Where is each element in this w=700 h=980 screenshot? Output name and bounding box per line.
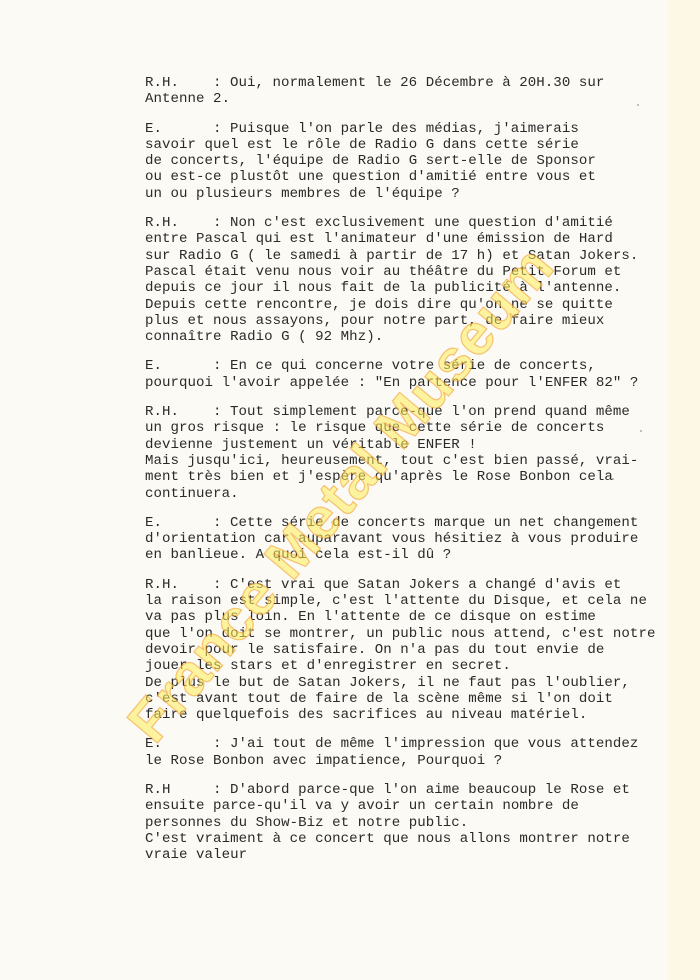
line-text: D'abord parce-que l'on aime beaucoup le … [230,782,630,798]
dialogue-paragraph: E.: Cette série de concerts marque un ne… [145,515,685,564]
line-text: C'est vrai que Satan Jokers a changé d'a… [230,577,621,593]
text-line: un ou plusieurs membres de l'équipe ? [145,186,685,202]
dialogue-paragraph: R.H.: Oui, normalement le 26 Décembre à … [145,75,685,108]
text-line: R.H.: Tout simplement parce-que l'on pre… [145,404,685,420]
text-line: vraie valeur [145,847,685,863]
text-line: plus et nous assayons, pour notre part, … [145,313,685,329]
text-line: ensuite parce-qu'il va y avoir un certai… [145,798,685,814]
speaker-label: R.H. [145,75,213,91]
line-text: Tout simplement parce-que l'on prend qua… [230,404,630,420]
text-line: jouer les stars et d'enregistrer en secr… [145,658,685,674]
text-line: E.: En ce qui concerne votre série de co… [145,358,685,374]
text-line: Mais jusqu'ici, heureusement, tout c'est… [145,453,685,469]
text-line: que l'on doit se montrer, un public nous… [145,626,685,642]
text-line: un gros risque : le risque que cette sér… [145,420,685,436]
text-line: R.H.: C'est vrai que Satan Jokers a chan… [145,577,685,593]
text-line: R.H.: Non c'est exclusivement une questi… [145,215,685,231]
text-line: d'orientation car auparavant vous hésiti… [145,531,685,547]
text-line: la raison est simple, c'est l'attente du… [145,593,685,609]
speaker-label: R.H. [145,215,213,231]
interview-transcript: R.H.: Oui, normalement le 26 Décembre à … [145,75,685,876]
speaker-label: R.H [145,782,213,798]
text-line: savoir quel est le rôle de Radio G dans … [145,137,685,153]
text-line: Depuis cette rencontre, je dois dire qu'… [145,297,685,313]
text-line: E.: Puisque l'on parle des médias, j'aim… [145,121,685,137]
speaker-label: E. [145,121,213,137]
dialogue-paragraph: E.: En ce qui concerne votre série de co… [145,358,685,391]
text-line: le Rose Bonbon avec impatience, Pourquoi… [145,753,685,769]
line-text: Non c'est exclusivement une question d'a… [230,215,613,231]
text-line: R.H.: Oui, normalement le 26 Décembre à … [145,75,685,91]
line-text: J'ai tout de même l'impression que vous … [230,736,638,752]
dialogue-paragraph: R.H.: Non c'est exclusivement une questi… [145,215,685,345]
text-line: E.: Cette série de concerts marque un ne… [145,515,685,531]
dialogue-paragraph: R.H: D'abord parce-que l'on aime beaucou… [145,782,685,863]
text-line: c'est avant tout de faire de la scène mê… [145,691,685,707]
paper-speck [640,430,642,432]
line-text: Cette série de concerts marque un net ch… [230,515,638,531]
text-line: E.: J'ai tout de même l'impression que v… [145,736,685,752]
line-text: Oui, normalement le 26 Décembre à 20H.30… [230,75,604,91]
text-line: devienne justement un véritable ENFER ! [145,437,685,453]
text-line: devoir pour le satisfaire. On n'a pas du… [145,642,685,658]
speaker-label: R.H. [145,404,213,420]
text-line: sur Radio G ( le samedi à partir de 17 h… [145,248,685,264]
paper-speck [612,478,614,480]
paper-speck [637,104,639,106]
text-line: continuera. [145,486,685,502]
text-line: C'est vraiment à ce concert que nous all… [145,831,685,847]
text-line: ment très bien et j'espère qu'après le R… [145,469,685,485]
text-line: ou est-ce plustôt une question d'amitié … [145,169,685,185]
text-line: Pascal était venu nous voir au théâtre d… [145,264,685,280]
text-line: entre Pascal qui est l'animateur d'une é… [145,231,685,247]
text-line: R.H: D'abord parce-que l'on aime beaucou… [145,782,685,798]
text-line: personnes du Show-Biz et notre public. [145,815,685,831]
text-line: De plus le but de Satan Jokers, il ne fa… [145,675,685,691]
text-line: faire quelquefois des sacrifices au nive… [145,707,685,723]
text-line: pourquoi l'avoir appelée : "En partence … [145,375,685,391]
text-line: de concerts, l'équipe de Radio G sert-el… [145,153,685,169]
text-line: connaître Radio G ( 92 Mhz). [145,329,685,345]
dialogue-paragraph: R.H.: C'est vrai que Satan Jokers a chan… [145,577,685,724]
speaker-label: E. [145,515,213,531]
line-text: En ce qui concerne votre série de concer… [230,358,596,374]
text-line: va pas plus loin. En l'attente de ce dis… [145,609,685,625]
text-line: Antenne 2. [145,91,685,107]
dialogue-paragraph: R.H.: Tout simplement parce-que l'on pre… [145,404,685,502]
dialogue-paragraph: E.: Puisque l'on parle des médias, j'aim… [145,121,685,202]
speaker-label: R.H. [145,577,213,593]
line-text: Puisque l'on parle des médias, j'aimerai… [230,121,579,137]
speaker-label: E. [145,736,213,752]
text-line: en banlieue. A quoi cela est-il dû ? [145,547,685,563]
dialogue-paragraph: E.: J'ai tout de même l'impression que v… [145,736,685,769]
speaker-label: E. [145,358,213,374]
text-line: depuis ce jour il nous fait de la public… [145,280,685,296]
